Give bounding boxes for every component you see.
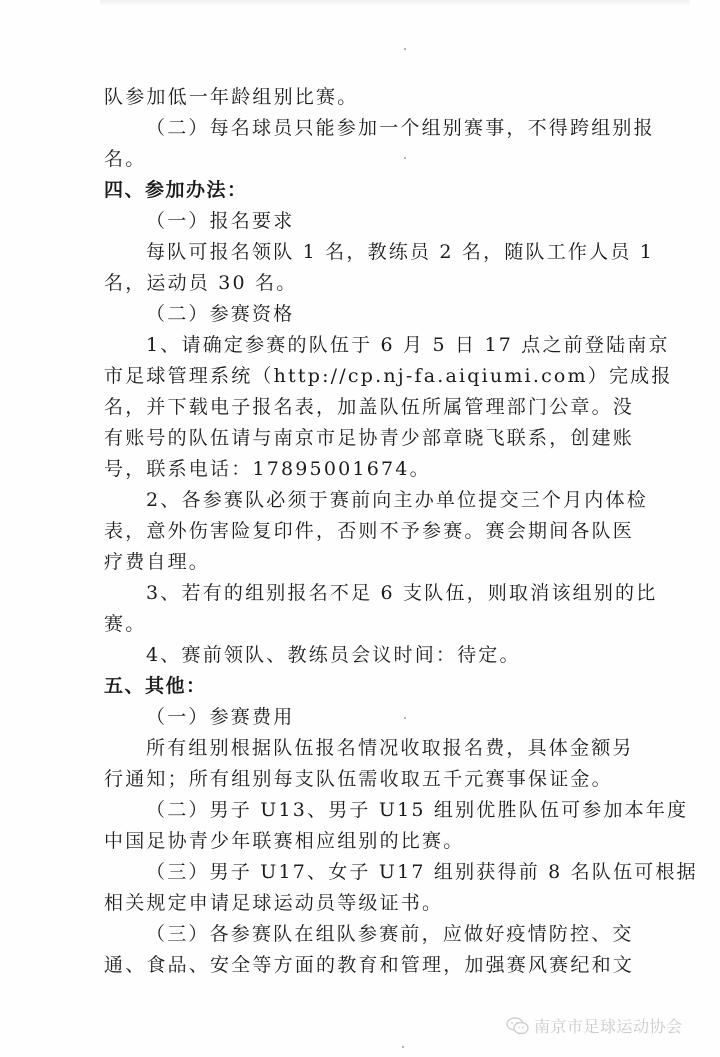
wechat-icon [506,1017,530,1035]
text-line: 所有组别根据队伍报名情况收取报名费，具体金额另 [104,733,664,764]
text-line: 号，联系电话：17895001674。 [104,454,664,485]
text-line: 市足球管理系统（http://cp.nj-fa.aiqiumi.com）完成报 [104,361,664,392]
text-line: 通、食品、安全等方面的教育和管理，加强赛风赛纪和文 [104,950,664,981]
subheading: （二）参赛资格 [104,299,664,330]
text-line: 赛。 [104,609,664,640]
document-body: 队参加低一年龄组别比赛。 （二）每名球员只能参加一个组别赛事，不得跨组别报 名。… [104,82,664,981]
text-line: 2、各参赛队必须于赛前向主办单位提交三个月内体检 [104,485,664,516]
text-line: （三）男子 U17、女子 U17 组别获得前 8 名队伍可根据 [104,857,664,888]
text-line: 有账号的队伍请与南京市足协青少部章晓飞联系，创建账 [104,423,664,454]
text-line: 表，意外伤害险复印件，否则不予参赛。赛会期间各队医 [104,516,664,547]
text-line: 队参加低一年龄组别比赛。 [104,82,664,113]
scan-speck [404,48,406,50]
watermark-text: 南京市足球运动协会 [534,1014,683,1037]
document-page: 队参加低一年龄组别比赛。 （二）每名球员只能参加一个组别赛事，不得跨组别报 名。… [0,0,720,1057]
text-line: 4、赛前领队、教练员会议时间：待定。 [104,640,664,671]
text-line: 行通知；所有组别每支队伍需收取五千元赛事保证金。 [104,764,664,795]
subheading: （一）报名要求 [104,206,664,237]
text-line: 1、请确定参赛的队伍于 6 月 5 日 17 点之前登陆南京 [104,330,664,361]
section-heading-4: 四、参加办法： [104,175,664,206]
text-line: 名，并下载电子报名表，加盖队伍所属管理部门公章。没 [104,392,664,423]
page-edge-shadow [100,0,690,6]
scan-speck [402,1046,404,1048]
text-line: 3、若有的组别报名不足 6 支队伍，则取消该组别的比 [104,578,664,609]
text-line: 每队可报名领队 1 名，教练员 2 名，随队工作人员 1 [104,237,664,268]
text-line: 中国足协青少年联赛相应组别的比赛。 [104,826,664,857]
text-line: 名。 [104,144,664,175]
text-line: （二）每名球员只能参加一个组别赛事，不得跨组别报 [104,113,664,144]
text-line: （三）各参赛队在组队参赛前，应做好疫情防控、交 [104,919,664,950]
text-line: 疗费自理。 [104,547,664,578]
subheading: （一）参赛费用 [104,702,664,733]
text-line: （二）男子 U13、男子 U15 组别优胜队伍可参加本年度 [104,795,664,826]
wechat-watermark: 南京市足球运动协会 [506,1014,683,1037]
section-heading-5: 五、其他： [104,671,664,702]
text-line: 名，运动员 30 名。 [104,268,664,299]
text-line: 相关规定申请足球运动员等级证书。 [104,888,664,919]
